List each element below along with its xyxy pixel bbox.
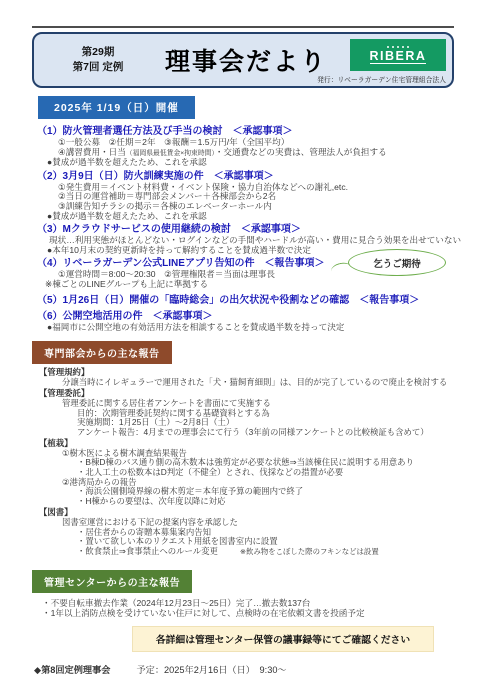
agenda-item-6: （6）公開空地活用の件 ＜承認事項＞ ●福岡市に公開空地の有効活用方法を相談する… [32,310,454,333]
center-report-section: ・不要自転車撤去作業（2024年12月23日～25日）完了…撤去数137台 ・1… [32,598,454,618]
detail-notice-box: 各詳細は管理センター保管の議事録等にてご確認ください [132,626,434,652]
page-title: 理事会だより [152,36,340,84]
logo-wordmark: RIBERA [370,49,427,64]
session-label: 第7回 定例 [73,60,124,75]
next-meeting-line: ◆第8回定例理事会 予定：2025年2月16日（日） 9:30～ [34,662,454,676]
report-line: ・飲食禁止⇒食事禁止へのルール変更※飲み物をこぼした際のフキンなどは設置 [77,547,454,557]
center-report-header: 管理センターからの主な報告 [32,570,192,593]
agenda-resolution: ●賛成が過半数を超えたため、これを承認 [47,212,454,222]
top-rule-divider [32,26,454,28]
agenda-line-small-note: （福岡県最低賃金×拘束時間） [126,150,215,157]
report-line-part: ・飲食禁止⇒食事禁止へのルール変更 [77,546,218,556]
agenda-resolution: ●福岡市に公開空地の有効活用方法を相談することを賛成過半数を持って決定 [47,323,454,333]
report-line: ・1年以上消防点検を受けていない住戸に対して、点検時の在宅依頼文書を投函予定 [42,608,454,618]
agenda-heading: （5）1月26日（日）開催の「臨時総会」の出欠状況や役割などの確認 ＜報告事項＞ [37,294,454,307]
report-line: 分譲当時にイレギュラーで運用された「犬・猫飼育細則」は、目的が完了しているので廃… [62,378,454,388]
agenda-section: （1）防火管理者選任方法及び手当の検討 ＜承認事項＞ ①一般公募 ②任期＝2年 … [32,125,454,332]
term-label: 第29期 [82,45,115,60]
next-meeting-label: ◆第8回定例理事会 [34,662,111,676]
agenda-item-2: （2）3月9日（日）防火訓練実施の件 ＜承認事項＞ ①発生費用＝イベント材料費・… [32,170,454,221]
header: 第29期 第7回 定例 理事会だより RIBERA 発行：リベーラガーデン住宅管… [32,32,454,88]
term-block: 第29期 第7回 定例 [44,36,152,84]
specialist-report-header: 専門部会からの主な報告 [32,341,172,364]
logo-microtext-decoration [387,46,409,48]
agenda-heading: （2）3月9日（日）防火訓練実施の件 ＜承認事項＞ [37,170,454,183]
report-side-note: ※飲み物をこぼした際のフキンなどは設置 [240,547,379,556]
next-meeting-schedule: 予定：2025年2月16日（日） 9:30～ [137,662,287,676]
agenda-item-5: （5）1月26日（日）開催の「臨時総会」の出欠状況や役割などの確認 ＜報告事項＞ [32,294,454,307]
agenda-heading: （6）公開空地活用の件 ＜承認事項＞ [37,310,454,323]
agenda-item-4: 乞うご期待 （4）リベーラガーデン公式LINEアプリ告知の件 ＜報告事項＞ ①運… [32,257,454,289]
report-line: アンケート報告：4月までの理事会にて行う（3年前の同様アンケートとの比較検証も含… [77,428,454,438]
specialist-report-section: 【管理規約】 分譲当時にイレギュラーで運用された「犬・猫飼育細則」は、目的が完了… [32,368,454,556]
report-line: ・H棟からの要望は、次年度以降に対応 [77,497,454,507]
agenda-line-part: ④講習費用・日当 [58,147,126,157]
issuer-line: 発行：リベーラガーデン住宅管理組合法人 [317,74,446,84]
logo-column: RIBERA 発行：リベーラガーデン住宅管理組合法人 [340,36,446,84]
agenda-line-part: ・交通費などの実費は、管理法人が負担する [215,147,387,157]
report-line: ・不要自転車撤去作業（2024年12月23日～25日）完了…撤去数137台 [42,598,454,608]
agenda-resolution: ●賛成が過半数を超えたため、これを承認 [47,158,454,168]
agenda-note: ※棟ごとのLINEグループも上記に準拠する [45,280,454,290]
meeting-date-banner: 2025年 1/19（日）開催 [38,96,195,119]
agenda-item-1: （1）防火管理者選任方法及び手当の検討 ＜承認事項＞ ①一般公募 ②任期＝2年 … [32,125,454,168]
ribera-logo: RIBERA [350,39,446,71]
newsletter-page: 第29期 第7回 定例 理事会だより RIBERA 発行：リベーラガーデン住宅管… [0,0,480,679]
